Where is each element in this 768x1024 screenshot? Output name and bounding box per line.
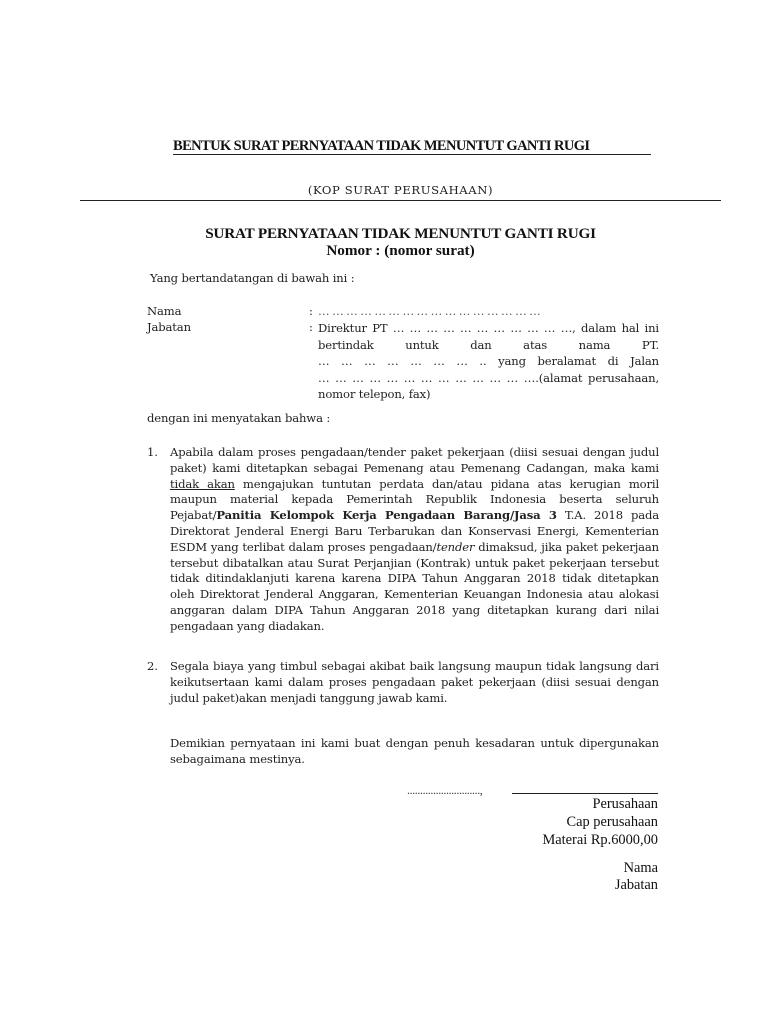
closing-paragraph: Demikian pernyataan ini kami buat dengan… — [170, 736, 659, 768]
field-colon: : — [309, 304, 313, 318]
field-value-nama: … … … … … … … … … … … … … … … … — [318, 304, 540, 318]
document-title: SURAT PERNYATAAN TIDAK MENUNTUT GANTI RU… — [80, 225, 721, 243]
field-value-jabatan: Direktur PT … … … … … … … … … … …, dalam… — [318, 320, 659, 403]
signature-company: Perusahaan — [592, 796, 658, 813]
list-number: 1. — [147, 445, 158, 459]
italic-text: tender — [436, 540, 474, 554]
field-label-jabatan: Jabatan — [147, 320, 191, 334]
letterhead-divider — [80, 200, 721, 201]
signature-position: Jabatan — [615, 877, 658, 894]
list-number: 2. — [147, 659, 158, 673]
statement-intro: dengan ini menyatakan bahwa : — [147, 411, 330, 425]
signature-materai: Materai Rp.6000,00 — [542, 832, 658, 849]
jabatan-line: nomor telepon, fax) — [318, 386, 659, 403]
jabatan-line: … … … … … … … … … … … … ….(alamat perusa… — [318, 370, 659, 387]
signatory-intro: Yang bertandatangan di bawah ini : — [150, 271, 354, 285]
list-item-2: Segala biaya yang timbul sebagai akibat … — [170, 659, 659, 706]
place-date-placeholder: ............................, — [407, 783, 482, 798]
jabatan-line: Direktur PT … … … … … … … … … … …, dalam… — [318, 320, 659, 337]
signature-stamp: Cap perusahaan — [566, 814, 658, 831]
letterhead-placeholder: (KOP SURAT PERUSAHAAN) — [80, 183, 721, 197]
underlined-text: tidak akan — [170, 477, 235, 491]
form-title-underline — [173, 154, 651, 155]
jabatan-line: bertindak untuk dan atas nama PT. — [318, 337, 659, 354]
jabatan-line: … … … … … … … .. yang beralamat di Jalan — [318, 353, 659, 370]
text-segment: Apabila dalam proses pengadaan/tender pa… — [170, 445, 659, 475]
bold-text: Panitia Kelompok Kerja Pengadaan Barang/… — [216, 508, 556, 522]
signature-name: Nama — [624, 860, 658, 877]
date-line — [512, 793, 658, 794]
field-label-nama: Nama — [147, 304, 181, 318]
list-item-1: Apabila dalam proses pengadaan/tender pa… — [170, 445, 659, 635]
field-colon: : — [309, 320, 313, 334]
document-number: Nomor : (nomor surat) — [80, 242, 721, 260]
form-title: BENTUK SURAT PERNYATAAN TIDAK MENUNTUT G… — [173, 138, 589, 155]
